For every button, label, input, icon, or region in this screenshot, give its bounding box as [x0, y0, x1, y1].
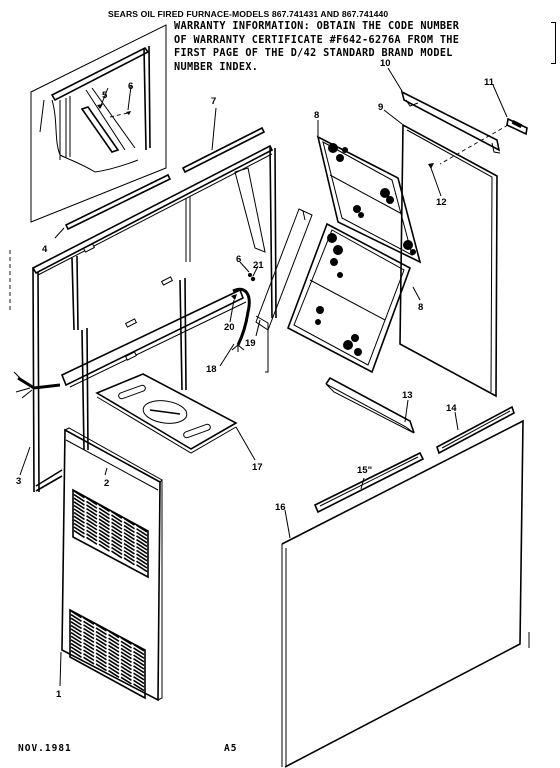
lower-louver-slats — [71, 611, 144, 691]
callout-1: 1 — [56, 689, 62, 700]
callout-20: 20 — [224, 322, 235, 333]
upper-louver-slats — [74, 491, 147, 572]
part-3-main-frame — [10, 146, 276, 492]
callout-8-lower: 8 — [418, 302, 423, 313]
part-13-bottom-channel — [326, 378, 414, 433]
callout-21: 21 — [253, 260, 264, 271]
inset-detail — [31, 25, 166, 222]
callout-15: 15" — [357, 465, 372, 476]
callout-11: 11 — [484, 77, 495, 88]
part-15-front-trim-strip — [315, 453, 423, 512]
callout-6: 6 — [236, 254, 241, 265]
footer-page-number: A5 — [224, 743, 237, 754]
callout-3: 3 — [16, 476, 21, 487]
part-12-panel-screw — [428, 163, 441, 196]
part-16-rear-panel — [282, 421, 529, 767]
callout-12: 12 — [436, 197, 447, 208]
part-18-wiring-harness — [220, 262, 258, 366]
part-9-side-panel — [384, 110, 497, 396]
part-7-rail-strip — [183, 108, 264, 172]
footer-date: NOV.1981 — [18, 743, 72, 754]
part-19-divider-bracket — [256, 209, 312, 372]
part-17-base-plate — [97, 374, 255, 460]
exploded-parts-drawing: 5 6 4 7 — [0, 0, 560, 768]
callout-5: 5 — [102, 90, 108, 101]
callout-4: 4 — [42, 244, 48, 255]
callout-2: 2 — [104, 478, 109, 489]
callout-9: 9 — [378, 102, 383, 113]
callout-18: 18 — [206, 364, 217, 375]
callout-17: 17 — [252, 462, 263, 473]
callout-7: 7 — [211, 96, 216, 107]
callout-13: 13 — [402, 390, 413, 401]
callout-14: 14 — [446, 403, 457, 414]
callout-19: 19 — [245, 338, 256, 349]
callout-16: 16 — [275, 502, 286, 513]
callout-10: 10 — [380, 58, 391, 69]
callout-8-upper: 8 — [314, 110, 319, 121]
callout-6-inset: 6 — [128, 81, 133, 92]
